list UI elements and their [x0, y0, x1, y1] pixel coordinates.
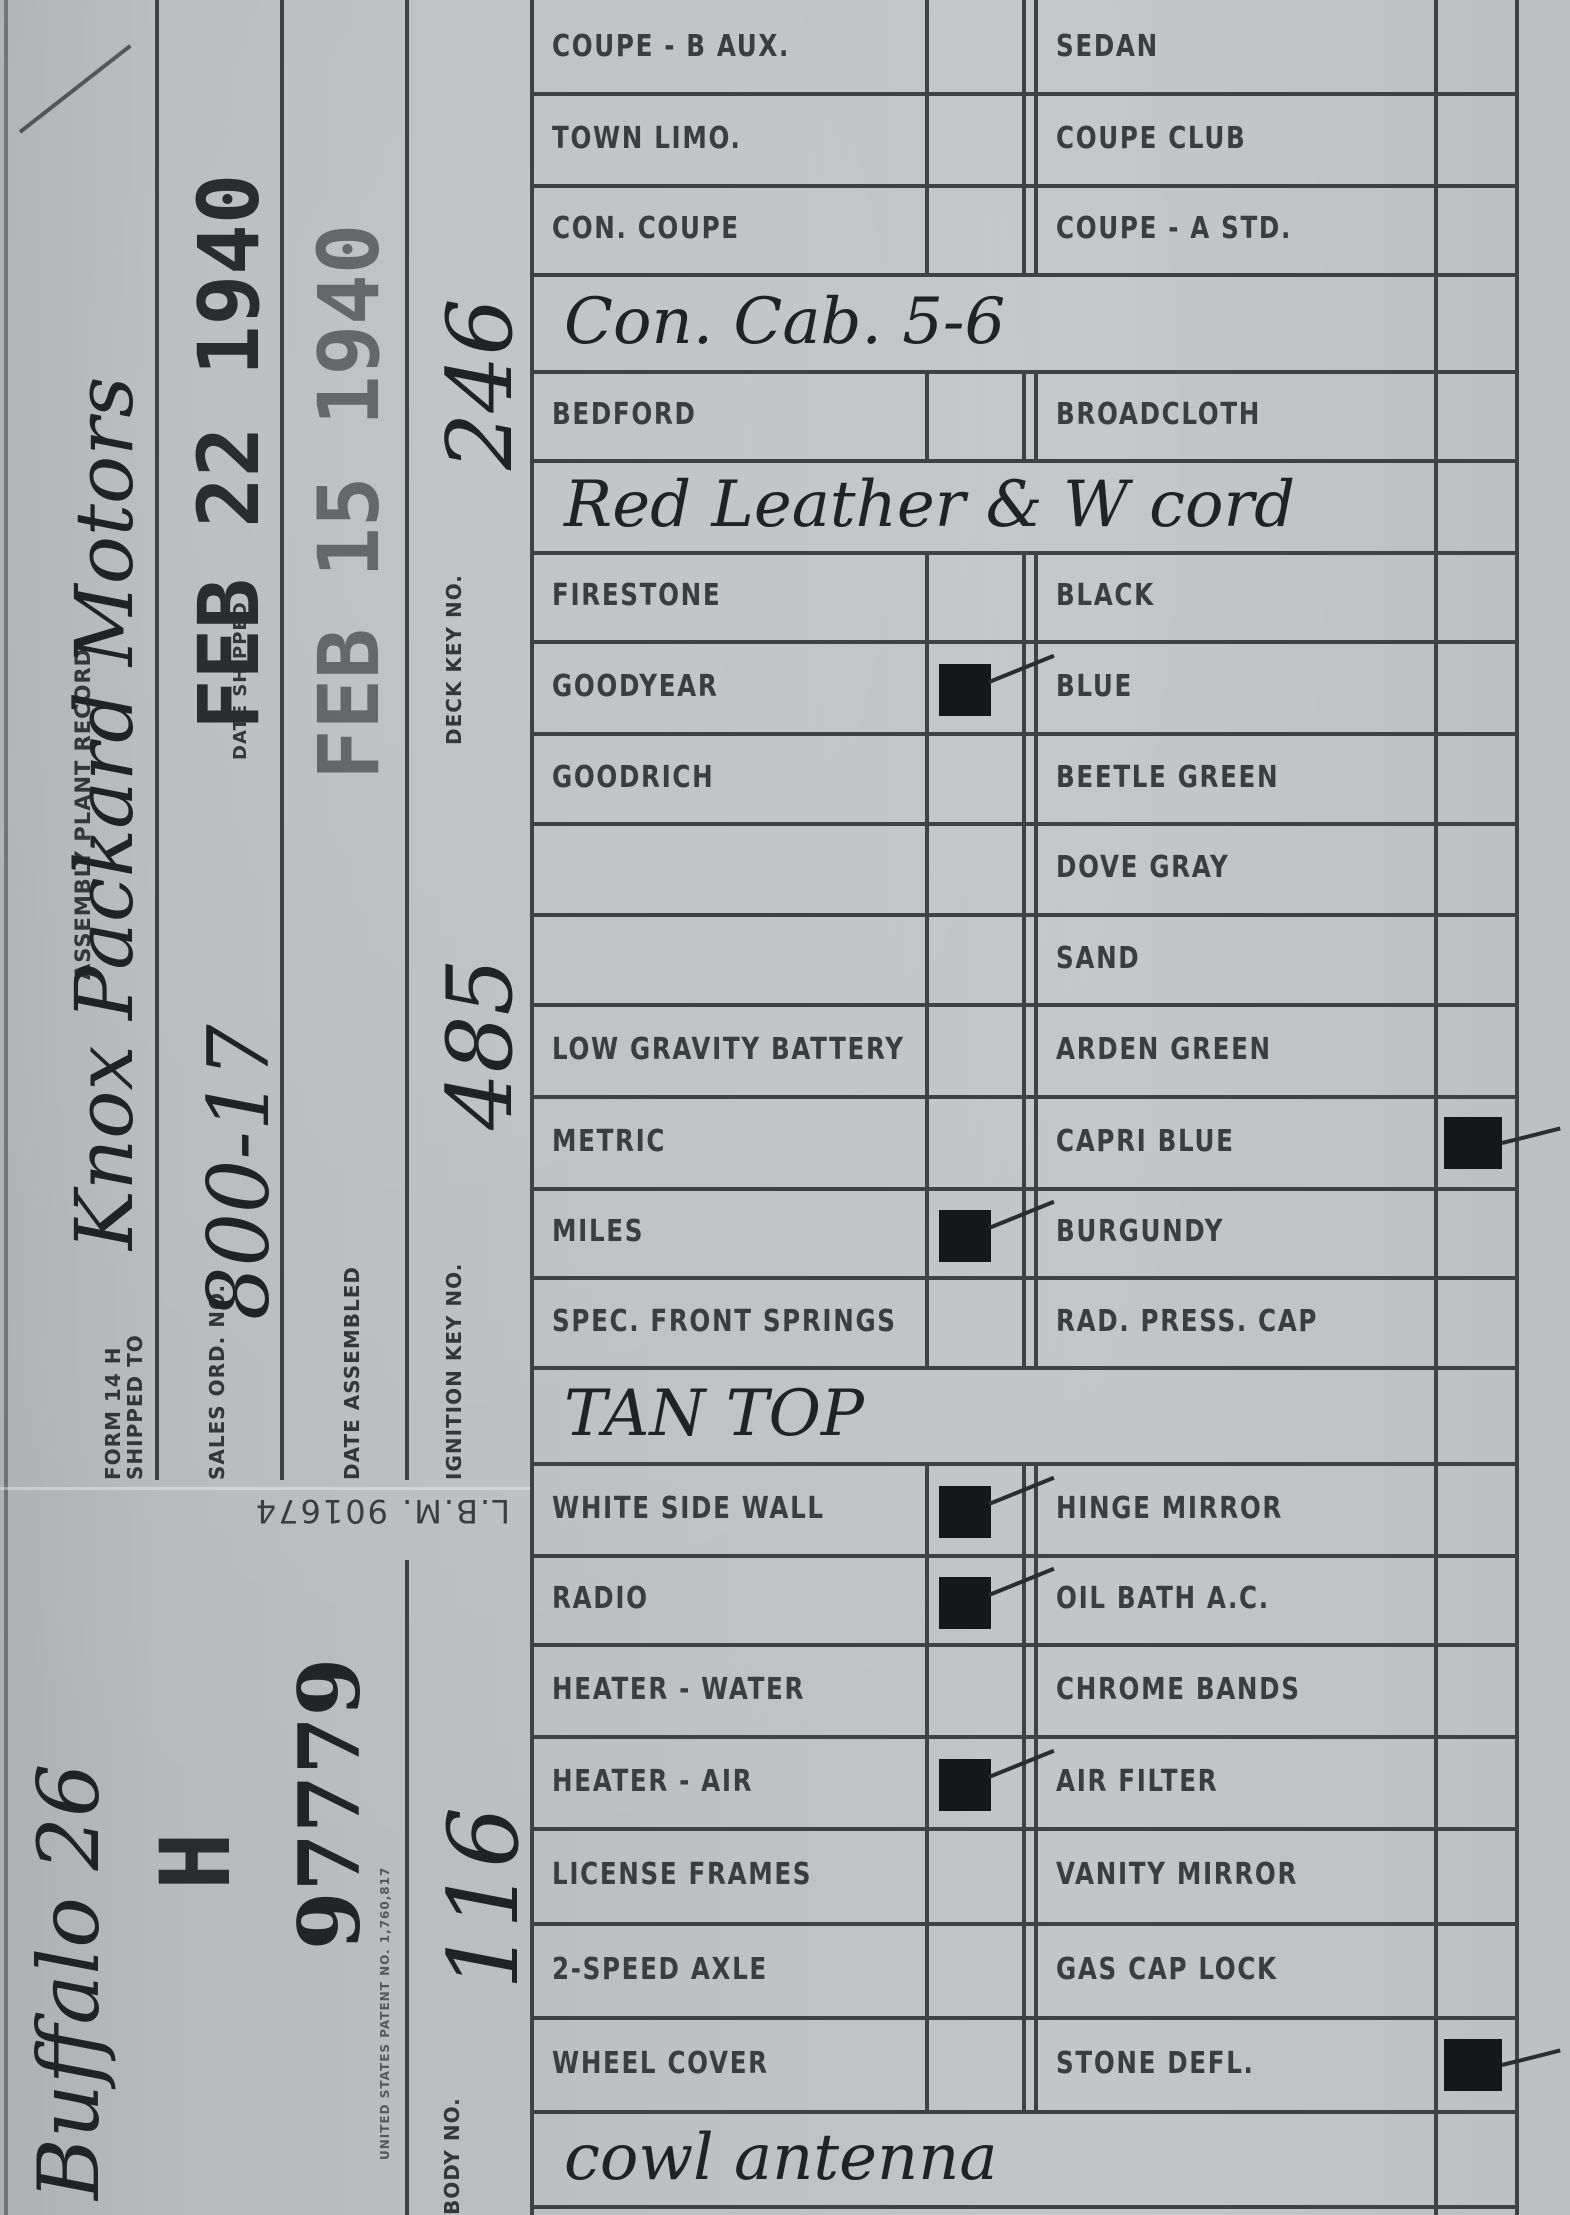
- option-label: RADIO: [534, 1554, 929, 1643]
- option-label: COUPE - A STD.: [1038, 184, 1438, 273]
- deck-key-label: DECK KEY NO.: [442, 574, 466, 745]
- handwritten-note: cowl antenna: [534, 2110, 1438, 2205]
- cell-divider: [1022, 1187, 1026, 1276]
- option-checkbox[interactable]: [1438, 96, 1515, 184]
- patent-text-content: UNITED STATES PATENT NO. 1,760,817: [378, 1867, 392, 2160]
- option-checkbox[interactable]: [929, 374, 1022, 459]
- option-label: SEDAN: [1038, 0, 1438, 92]
- option-checkbox[interactable]: [1438, 917, 1515, 1003]
- sales-order-value-text: 800-17: [190, 1024, 288, 1320]
- option-checkbox[interactable]: [1438, 1739, 1515, 1827]
- shipped-to-value: Knox Packard Motors: [58, 377, 151, 1250]
- option-label: CHROME BANDS: [1038, 1643, 1438, 1735]
- option-label: GAS CAP LOCK: [1038, 1922, 1438, 2016]
- date-assembled-value-text: FEB 15 1940: [300, 224, 398, 780]
- option-checkbox[interactable]: [1438, 555, 1515, 640]
- cell-divider: [1022, 1827, 1026, 1922]
- cell-divider: [1022, 1462, 1026, 1554]
- cell-divider: [1022, 640, 1026, 732]
- date-assembled-stamp: FEB 15 1940: [300, 224, 398, 780]
- ignition-key-value: 485: [428, 958, 533, 1130]
- ignition-key-label: IGNITION KEY NO.: [442, 1263, 466, 1480]
- option-checkbox[interactable]: [1438, 736, 1515, 822]
- option-label: 2-SPEED AXLE: [534, 1922, 929, 2016]
- checked-mark-icon: [1444, 1117, 1502, 1169]
- body-number-label: BODY NO.: [440, 2097, 464, 2215]
- row-divider: [530, 2205, 1519, 2209]
- column-divider: [4, 0, 8, 2215]
- option-checkbox[interactable]: [929, 1007, 1022, 1095]
- handwritten-note: Red Leather & W cord: [534, 459, 1438, 551]
- option-label: TOWN LIMO.: [534, 92, 929, 184]
- option-label: FIRESTONE: [534, 551, 929, 640]
- option-checkbox[interactable]: [1438, 1191, 1515, 1276]
- option-checkbox[interactable]: [1438, 1558, 1515, 1643]
- option-label: METRIC: [534, 1095, 929, 1187]
- serial-number: 97779: [280, 1658, 379, 1950]
- checked-mark-icon: [939, 664, 991, 716]
- patent-text: UNITED STATES PATENT NO. 1,760,817: [378, 1867, 392, 2160]
- cell-divider: [1022, 822, 1026, 913]
- column-divider: [405, 0, 409, 1480]
- option-label: HEATER - WATER: [534, 1643, 929, 1735]
- option-label: SPEC. FRONT SPRINGS: [534, 1276, 929, 1366]
- option-checkbox[interactable]: [929, 1099, 1022, 1187]
- lbm-number-text: L.B.M. 901674: [254, 1492, 510, 1530]
- cell-divider: [1022, 1735, 1026, 1827]
- body-number-label-text: BODY NO.: [440, 2097, 464, 2215]
- option-checkbox[interactable]: [1438, 826, 1515, 913]
- shipped-to-label-text: SHIPPED TO: [123, 1334, 147, 1480]
- option-label: MILES: [534, 1187, 929, 1276]
- checked-mark-icon: [939, 1486, 991, 1538]
- date-assembled-label: DATE ASSEMBLED: [340, 1266, 364, 1480]
- column-divider: [155, 0, 159, 1480]
- option-checkbox[interactable]: [929, 1831, 1022, 1922]
- handwritten-note: Con. Cab. 5-6: [534, 273, 1438, 370]
- deck-key-label-text: DECK KEY NO.: [442, 574, 466, 745]
- option-checkbox[interactable]: [1438, 1831, 1515, 1922]
- plant-value: Buffalo 26: [20, 1764, 118, 2200]
- cell-divider: [1022, 913, 1026, 1003]
- option-label: BURGUNDY: [1038, 1187, 1438, 1276]
- option-checkbox[interactable]: [1438, 1007, 1515, 1095]
- option-label: [534, 913, 929, 1003]
- option-label: DOVE GRAY: [1038, 822, 1438, 913]
- cell-divider: [1022, 370, 1026, 459]
- cell-divider: [1022, 1643, 1026, 1735]
- cell-divider: [1022, 2016, 1026, 2110]
- option-label: SAND: [1038, 913, 1438, 1003]
- option-label: CON. COUPE: [534, 184, 929, 273]
- ignition-key-label-text: IGNITION KEY NO.: [442, 1263, 466, 1480]
- checked-mark-icon: [1444, 2039, 1502, 2091]
- date-assembled-label-text: DATE ASSEMBLED: [340, 1266, 364, 1480]
- cell-divider: [1022, 1922, 1026, 2016]
- deck-key-value: 246: [428, 298, 533, 470]
- option-label: STONE DEFL.: [1038, 2016, 1438, 2110]
- option-label: BLUE: [1038, 640, 1438, 732]
- option-label: LOW GRAVITY BATTERY: [534, 1003, 929, 1095]
- cell-divider: [1022, 184, 1026, 273]
- checked-mark-icon: [939, 1210, 991, 1262]
- table-border-right: [1515, 0, 1519, 2215]
- cell-divider: [1022, 1554, 1026, 1643]
- option-checkbox[interactable]: [929, 2020, 1022, 2110]
- date-shipped-value-text: FEB 22 1940: [180, 174, 278, 730]
- option-checkbox[interactable]: [929, 1926, 1022, 2016]
- cell-divider: [1022, 92, 1026, 184]
- option-label: HEATER - AIR: [534, 1735, 929, 1827]
- option-checkbox[interactable]: [929, 826, 1022, 913]
- lbm-number: L.B.M. 901674: [180, 1492, 510, 1530]
- option-label: CAPRI BLUE: [1038, 1095, 1438, 1187]
- date-shipped-stamp: FEB 22 1940: [180, 174, 278, 730]
- option-label: GOODRICH: [534, 732, 929, 822]
- option-checkbox[interactable]: [929, 96, 1022, 184]
- option-checkbox[interactable]: [1438, 1280, 1515, 1366]
- option-label: BEETLE GREEN: [1038, 732, 1438, 822]
- option-label: WHITE SIDE WALL: [534, 1462, 929, 1554]
- option-label: BLACK: [1038, 551, 1438, 640]
- option-label: OIL BATH A.C.: [1038, 1554, 1438, 1643]
- handwritten-note: TAN TOP: [534, 1366, 1438, 1462]
- column-divider: [405, 1560, 409, 2215]
- code-letter-text: H: [140, 1832, 252, 1890]
- code-letter: H: [140, 1832, 252, 1890]
- checked-mark-icon: [939, 1577, 991, 1629]
- option-checkbox[interactable]: [929, 4, 1022, 92]
- option-label: ARDEN GREEN: [1038, 1003, 1438, 1095]
- option-checkbox[interactable]: [1438, 644, 1515, 732]
- sales-order-value: 800-17: [190, 1024, 288, 1320]
- option-checkbox[interactable]: [929, 736, 1022, 822]
- option-checkbox[interactable]: [929, 1647, 1022, 1735]
- cell-divider: [1022, 551, 1026, 640]
- option-label: WHEEL COVER: [534, 2016, 929, 2110]
- option-checkbox[interactable]: [1438, 1647, 1515, 1735]
- cell-divider: [1022, 0, 1026, 92]
- option-label: [534, 822, 929, 913]
- option-checkbox[interactable]: [929, 1280, 1022, 1366]
- option-label: RAD. PRESS. CAP: [1038, 1276, 1438, 1366]
- option-label: AIR FILTER: [1038, 1735, 1438, 1827]
- serial-number-text: 97779: [280, 1658, 379, 1950]
- cell-divider: [1022, 1003, 1026, 1095]
- option-label: LICENSE FRAMES: [534, 1827, 929, 1922]
- option-checkbox[interactable]: [1438, 1926, 1515, 2016]
- option-label: COUPE CLUB: [1038, 92, 1438, 184]
- option-label: VANITY MIRROR: [1038, 1827, 1438, 1922]
- option-checkbox[interactable]: [1438, 4, 1515, 92]
- ignition-key-value-text: 485: [428, 958, 533, 1130]
- option-label: BEDFORD: [534, 370, 929, 459]
- cell-divider: [1022, 1276, 1026, 1366]
- option-checkbox[interactable]: [929, 917, 1022, 1003]
- option-label: HINGE MIRROR: [1038, 1462, 1438, 1554]
- plant-value-text: Buffalo 26: [20, 1764, 118, 2200]
- option-checkbox[interactable]: [929, 188, 1022, 273]
- option-checkbox[interactable]: [929, 555, 1022, 640]
- card-seam: [0, 1487, 530, 1490]
- shipped-to-label: SHIPPED TO: [122, 1334, 148, 1480]
- cell-divider: [1022, 732, 1026, 822]
- option-label: BROADCLOTH: [1038, 370, 1438, 459]
- deck-key-value-text: 246: [428, 298, 533, 470]
- checked-mark-icon: [939, 1759, 991, 1811]
- body-number-value: 116: [428, 1807, 540, 1990]
- option-checkbox[interactable]: [1438, 1466, 1515, 1554]
- option-checkbox[interactable]: [1438, 188, 1515, 273]
- option-label: GOODYEAR: [534, 640, 929, 732]
- option-label: COUPE - B AUX.: [534, 0, 929, 92]
- cell-divider: [1022, 1095, 1026, 1187]
- shipped-to-value-text: Knox Packard Motors: [58, 377, 151, 1250]
- option-checkbox[interactable]: [1438, 374, 1515, 459]
- body-number-value-text: 116: [428, 1807, 540, 1990]
